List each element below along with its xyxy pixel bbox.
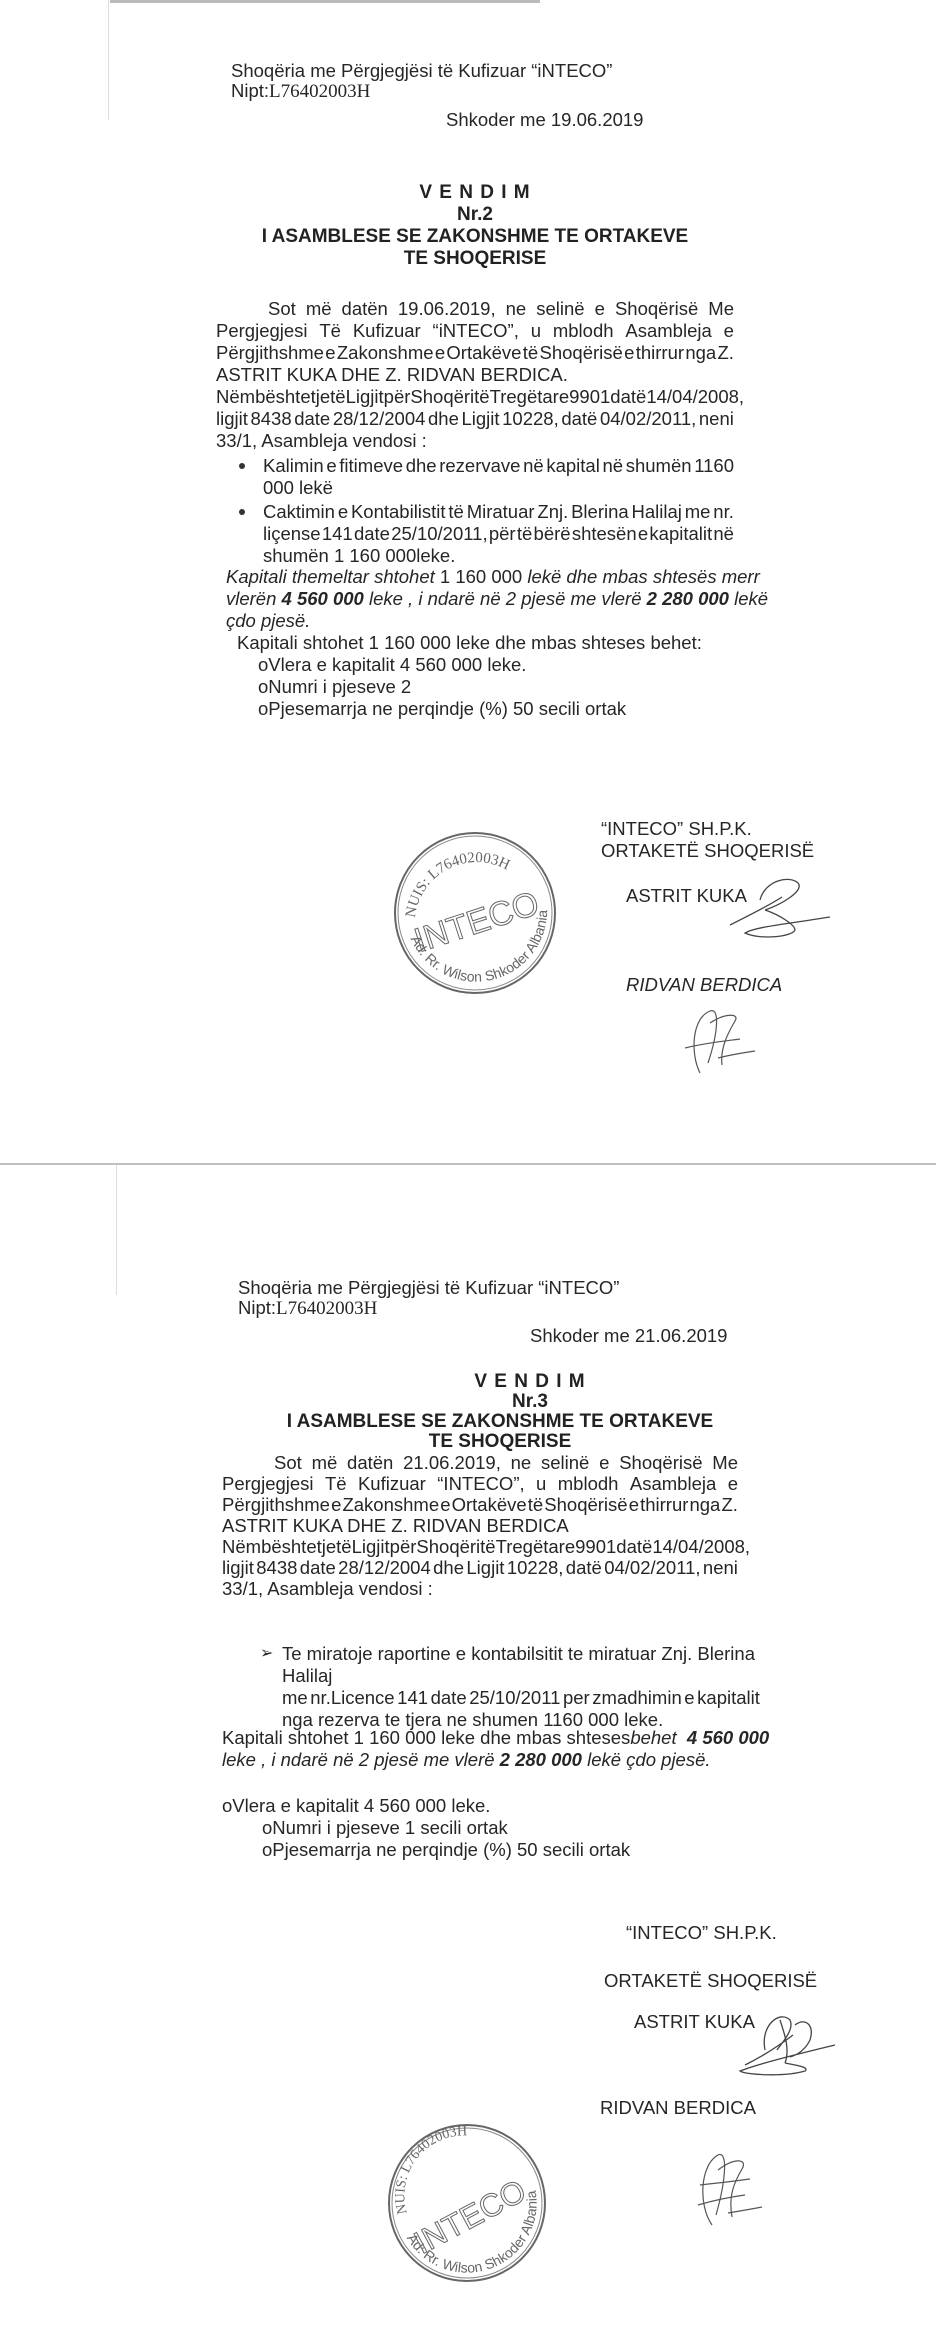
word: e [724,320,734,342]
intro-line: ASTRIT KUKA DHE Z. RIDVAN BERDICA [222,1515,738,1536]
circle-bullet-icon: o [262,1839,272,1860]
word: mblodh [553,320,614,342]
signature-ridvan-berdica-icon [690,2145,770,2235]
word: Z. [717,342,733,364]
bullet-line: CaktimineKontabilistittëMiratuarZnj.Bler… [263,501,734,523]
word: e [638,523,648,545]
bullet-item: CaktimineKontabilistittëMiratuarZnj.Bler… [239,501,734,567]
word: 04/02/2011, [604,1557,700,1578]
word: 1160 [694,455,734,477]
word: Shoqërisë [615,298,698,320]
word: “INTECO”, [437,1473,524,1494]
word: Në [216,386,240,408]
word: selinë [541,1452,589,1473]
word: Z. [721,1494,737,1515]
intro-paragraph: Sotmëdatën19.06.2019,neselinëeShoqërisëM… [216,298,734,452]
word: 28/12/2004 [338,1557,431,1578]
word: 25/10/2011 [469,1687,560,1709]
word: Ligjit [461,408,499,430]
company-stamp-icon: NUIS: L76402003H Ad: Rr. Wilson Shkoder … [382,2118,552,2288]
word: Shoqërisë [544,1494,627,1515]
nipt-label: Nipt: [238,1297,276,1318]
circle-bullet-icon: o [262,1817,272,1838]
summary-list: oVlera e kapitalit 4 560 000 leke. oNumr… [258,654,626,720]
word: të [528,1494,543,1515]
signature-ridvan-berdica-icon [680,1003,760,1083]
word: 9901 [575,1536,616,1557]
word: Ligjit [466,1557,504,1578]
summary-list: oVlera e kapitalit 4 560 000 leke. oNumr… [222,1795,630,1861]
word: date [294,408,330,430]
word: nr.Licence [310,1687,394,1709]
word: thirrur [636,342,684,364]
svg-text:NUIS: L76402003H: NUIS: L76402003H [393,2124,467,2215]
word: zmadhimin [592,1687,681,1709]
word: Sot [268,298,296,320]
word: 141 [397,1687,428,1709]
word: më [306,298,332,320]
word: per [563,1687,590,1709]
word: nga [689,1494,720,1515]
intro-line: ligjit8438date28/12/2004dheLigjit10228,d… [216,408,734,430]
bullet-icon [239,509,245,515]
word: 141 [322,523,353,545]
word: neni [699,408,734,430]
arrow-item-line: menr.Licence141date25/10/2011perzmadhimi… [282,1687,760,1709]
nipt-value: L76402003H [276,1298,377,1319]
word: date [300,1557,336,1578]
place-date: Shkoder me 19.06.2019 [446,109,643,131]
word: e [629,1494,639,1515]
word: e [331,1494,341,1515]
word: datën [347,1452,393,1473]
intro-line: PërgjithshmeeZakonshmeeOrtakëvetëShoqëri… [216,342,734,364]
capital-line: leke , i ndarë në 2 pjesë me vlerë 2 280… [222,1749,738,1771]
word: neni [703,1557,738,1578]
intro-paragraph: Sotmëdatën21.06.2019,neselinëeShoqërisëM… [222,1452,738,1599]
word: të [523,342,538,364]
word: datë [610,386,646,408]
word: Ortakëve [452,1494,527,1515]
word: datë [561,408,597,430]
word: kapitalit [649,523,712,545]
word: ligjit [222,1557,254,1578]
capital-paragraph: Kapitali themeltar shtohet 1 160 000 lek… [226,566,768,632]
circle-bullet-icon: o [258,698,268,719]
word: ligjit [216,408,248,430]
word: të [336,1536,351,1557]
word: Kalimin [263,455,324,477]
nipt-value: L76402003H [269,81,370,102]
intro-line: Sotmëdatën19.06.2019,neselinëeShoqërisëM… [216,298,734,320]
word: bërë [534,523,571,545]
word: Zakonshme [342,1494,439,1515]
word: Përgjithshme [222,1494,330,1515]
signature-partners-label: ORTAKETË SHOQERISË [601,840,814,862]
signature-company: “INTECO” SH.P.K. [601,818,752,840]
place-date: Shkoder me 21.06.2019 [530,1325,727,1347]
intro-line: ligjit8438date28/12/2004dheLigjit10228,d… [222,1557,738,1578]
word: 10228, [502,408,559,430]
company-stamp-icon: NUIS: L76402003H Ad: Rr. Wilson Shkoder … [385,823,565,1003]
word: mblodh [558,1473,619,1494]
circle-bullet-icon: o [222,1795,232,1816]
summary-item: oNumri i pjeseve 1 secili ortak [222,1817,630,1839]
word: 19.06.2019, [398,298,496,320]
word: e [440,1494,450,1515]
word: të [330,386,345,408]
intro-line: Sotmëdatën21.06.2019,neselinëeShoqërisëM… [222,1452,738,1473]
word: rezervave [439,455,520,477]
word: e [684,1687,694,1709]
word: 9901 [569,386,610,408]
word: me [685,501,711,523]
word: të [448,501,463,523]
word: datë [566,1557,602,1578]
signature-company: “INTECO” SH.P.K. [626,1922,777,1944]
word: në [523,455,544,477]
word: Miratuar [467,501,535,523]
word: Të [325,1473,347,1494]
word: datën [342,298,388,320]
capital-paragraph: Kapitali shtohet 1 160 000 leke dhe mbas… [222,1727,738,1771]
word: thirrur [640,1494,688,1515]
word: 21.06.2019, [403,1452,501,1473]
capital-line: vlerën 4 560 000 leke , i ndarë në 2 pje… [226,588,768,610]
word: 8438 [250,408,291,430]
decision-subtitle-2: TE SHOQERISE [200,248,750,270]
word: u [531,320,541,342]
bullet-line: Kaliminefitimevedherezervavenëkapitalnës… [263,455,734,477]
word: për [384,386,411,408]
word: dhe [433,1557,464,1578]
word: liçense [263,523,321,545]
summary-item: oVlera e kapitalit 4 560 000 leke. [258,654,626,676]
word: u [536,1473,546,1494]
intro-line: 33/1, Asambleja vendosi : [222,1578,738,1599]
decision-title: V E N D I M [260,1371,800,1393]
word: selinë [536,298,584,320]
word: mbështetje [240,386,331,408]
word: e [624,342,634,364]
word: kapitalit [697,1687,760,1709]
nipt-line: Nipt:L76402003H [231,80,370,103]
decision-subtitle: I ASAMBLESE SE ZAKONSHME TE ORTAKEVE [200,226,750,248]
word: kapital [546,455,599,477]
word: 04/02/2011, [600,408,696,430]
word: Shoqërisë [619,1452,702,1473]
word: dhe [406,455,437,477]
word: Kufizuar [358,1473,426,1494]
intro-line: ASTRIT KUKA DHE Z. RIDVAN BERDICA. [216,364,734,386]
word: Tregëtare [490,386,570,408]
word: e [595,298,605,320]
word: datë [616,1536,652,1557]
company-line: Shoqëria me Përgjegjësi të Kufizuar “iNT… [238,1277,619,1299]
word: Shoqërisë [540,342,623,364]
word: për [390,1536,417,1557]
word: e [728,1473,738,1494]
signature-partners-label: ORTAKETË SHOQERISË [604,1970,817,1992]
bullet-icon [239,463,245,469]
circle-bullet-icon: o [258,654,268,675]
nipt-line: Nipt:L76402003H [238,1297,377,1320]
word: 28/12/2004 [333,408,426,430]
word: me [282,1687,308,1709]
word: 10228, [507,1557,564,1578]
word: Pergjegjesi [222,1473,314,1494]
bullet-line: shumën 1 160 000leke. [263,545,734,567]
word: më [312,1452,338,1473]
word: Në [222,1536,246,1557]
decision-number: Nr.3 [260,1391,800,1413]
decision-page-1: Shoqëria me Përgjegjësi të Kufizuar “iNT… [0,0,936,1160]
word: shumën [626,455,692,477]
word: 14/04/2008, [646,386,744,408]
word: nga [685,342,716,364]
word: Me [712,1452,738,1473]
word: e [325,342,335,364]
company-line: Shoqëria me Përgjegjësi të Kufizuar “iNT… [231,60,612,82]
arrow-bullet-icon: ➢ [260,1643,273,1665]
decision-title: V E N D I M [200,182,750,204]
word: Ortakëve [446,342,521,364]
word: Kontabilistit [351,501,446,523]
intro-line: PergjegjesiTëKufizuar“INTECO”,umblodhAsa… [222,1473,738,1494]
word: Znj. [537,501,568,523]
word: për [489,523,516,545]
nipt-label: Nipt: [231,80,269,101]
summary-item: oPjesemarrja ne perqindje (%) 50 secili … [258,698,626,720]
intro-line: 33/1, Asambleja vendosi : [216,430,734,452]
word: ne [506,298,527,320]
signature-astrit-kuka-icon [720,875,840,945]
capital-line: Kapitali themeltar shtohet 1 160 000 lek… [226,566,768,588]
word: e [338,501,348,523]
signature-partner-2: RIDVAN BERDICA [600,2097,756,2119]
bullet-line: 000 lekë [263,477,734,499]
signature-partner-2: RIDVAN BERDICA [626,974,782,996]
word: Kufizuar [353,320,421,342]
signature-astrit-kuka-icon [725,2005,845,2085]
word: e [435,342,445,364]
word: mbështetje [246,1536,337,1557]
word: 25/10/2011, [391,523,487,545]
summary-item: oNumri i pjeseve 2 [258,676,626,698]
word: date [431,1687,467,1709]
word: Zakonshme [337,342,434,364]
word: shtesën [572,523,637,545]
intro-line: PergjegjesiTëKufizuar“iNTECO”,umblodhAsa… [216,320,734,342]
word: ne [511,1452,532,1473]
word: Asambleja [625,320,711,342]
word: Përgjithshme [216,342,324,364]
word: e [326,455,336,477]
word: Me [708,298,734,320]
intro-line: NëmbështetjetëLigjitpërShoqëritëTregëtar… [222,1536,738,1557]
intro-line: PërgjithshmeeZakonshmeeOrtakëvetëShoqëri… [222,1494,738,1515]
arrow-item-line: Te miratoje raportine e kontabilsitit te… [282,1643,760,1687]
word: Ligjit [352,1536,390,1557]
word: “iNTECO”, [433,320,519,342]
capital-line: Kapitali shtohet 1 160 000 leke dhe mbas… [222,1727,738,1749]
word: date [354,523,390,545]
word: Sot [274,1452,302,1473]
word: Shoqëritë [410,386,489,408]
word: në [713,523,734,545]
intro-line: NëmbështetjetëLigjitpërShoqëritëTregëtar… [216,386,734,408]
word: Pergjegjesi [216,320,308,342]
word: Asambleja [630,1473,716,1494]
word: 8438 [256,1557,297,1578]
bullet-item: Kaliminefitimevedherezervavenëkapitalnës… [239,455,734,499]
decision-subtitle: I ASAMBLESE SE ZAKONSHME TE ORTAKEVE [230,1411,770,1433]
circle-bullet-icon: o [258,676,268,697]
summary-intro: Kapitali shtohet 1 160 000 leke dhe mbas… [237,632,702,654]
word: e [599,1452,609,1473]
word: Tregëtare [496,1536,576,1557]
word: në [602,455,623,477]
bullet-line: liçense141date25/10/2011,përtëbërështesë… [263,523,734,545]
word: nr. [713,501,734,523]
capital-line: çdo pjesë. [226,610,768,632]
decision-number: Nr.2 [200,204,750,226]
word: Të [319,320,341,342]
word: Shoqëritë [416,1536,495,1557]
decision-subtitle-2: TE SHOQERISE [230,1431,770,1453]
word: të [517,523,532,545]
word: Ligjit [346,386,384,408]
arrow-list-item: ➢ Te miratoje raportine e kontabilsitit … [260,1643,760,1731]
word: Blerina [571,501,629,523]
summary-item: oPjesemarrja ne perqindje (%) 50 secili … [222,1839,630,1861]
word: fitimeve [339,455,403,477]
word: Halilaj [632,501,682,523]
bullet-list: Kaliminefitimevedherezervavenëkapitalnës… [239,455,734,567]
word: dhe [428,408,459,430]
word: 14/04/2008, [652,1536,750,1557]
decision-page-2: Shoqëria me Përgjegjësi të Kufizuar “iNT… [0,1165,936,2340]
summary-item: oVlera e kapitalit 4 560 000 leke. [222,1795,630,1817]
word: Caktimin [263,501,335,523]
